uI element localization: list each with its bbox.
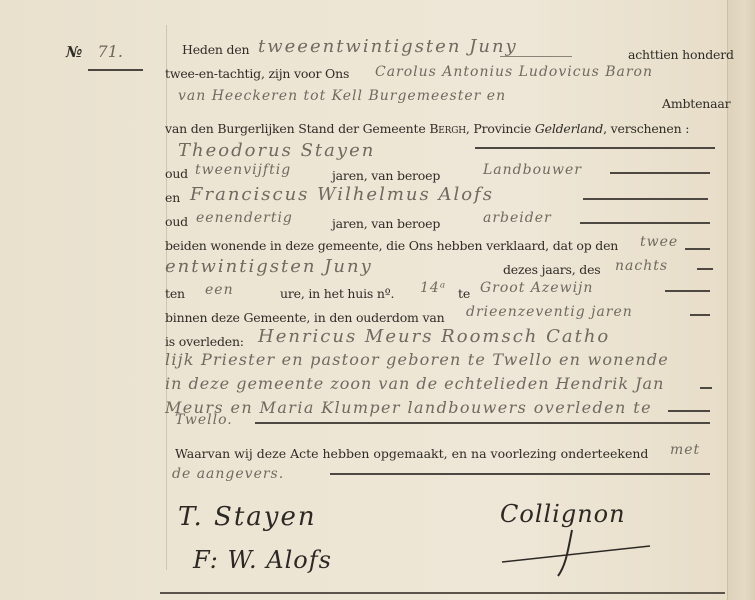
handwritten-date: tweeentwintigsten Juny	[258, 36, 518, 57]
number-underline	[88, 69, 143, 71]
handwritten-official-name: Carolus Antonius Ludovicus Baron	[375, 64, 653, 80]
fill-line	[500, 56, 572, 57]
handwritten-hour: een	[205, 282, 234, 298]
handwritten-date-day: twee	[640, 234, 678, 250]
fill-line	[665, 290, 710, 292]
handwritten-occupation1: Landbouwer	[483, 162, 582, 178]
printed-jaren-beroep: jaren, van beroep	[332, 168, 440, 183]
fill-line	[685, 248, 710, 250]
handwritten-declarant1: Theodorus Stayen	[178, 140, 375, 161]
printed-te: te	[458, 286, 470, 301]
handwritten-time-of-day: nachts	[615, 258, 668, 274]
fill-line	[580, 222, 710, 224]
fill-line	[255, 422, 710, 424]
signature-declarant2: F: W. Alofs	[193, 546, 332, 574]
printed-civil-registry: van den Burgerlijken Stand der Gemeente …	[165, 121, 689, 136]
printed-oud: oud	[165, 214, 188, 229]
handwritten-deceased-details-2: in deze gemeente zoon van de echtelieden…	[165, 374, 664, 393]
record-number: № 71.	[66, 42, 123, 61]
printed-ouderdom: binnen deze Gemeente, in den ouderdom va…	[165, 310, 444, 325]
handwritten-aangevers: de aangevers.	[172, 466, 284, 482]
printed-is-overleden: is overleden:	[165, 334, 244, 349]
printed-oud: oud	[165, 166, 188, 181]
printed-year-suffix: twee-en-tachtig, zijn voor Ons	[165, 66, 349, 81]
handwritten-deceased-details-4: Twello.	[175, 412, 233, 428]
handwritten-deceased-details-1: lijk Priester en pastoor geboren te Twel…	[165, 350, 669, 369]
printed-heden-den: Heden den	[182, 42, 249, 57]
handwritten-occupation2: arbeider	[483, 210, 552, 226]
signature-declarant1: T. Stayen	[178, 502, 317, 532]
fill-line	[330, 473, 710, 475]
printed-ten: ten	[165, 286, 185, 301]
fill-line	[697, 268, 713, 270]
printed-declaration: beiden wonende in deze gemeente, die Ons…	[165, 238, 618, 253]
bottom-rule	[160, 592, 725, 594]
handwritten-declarant2: Franciscus Wilhelmus Alofs	[190, 184, 494, 205]
handwritten-house-number: 14ᵃ	[420, 280, 446, 296]
printed-ambtenaar: Ambtenaar	[662, 96, 730, 111]
printed-ure-huis: ure, in het huis nº.	[280, 286, 394, 301]
handwritten-official-title: van Heeckeren tot Kell Burgemeester en	[178, 88, 506, 104]
handwritten-place: Groot Azewijn	[480, 280, 593, 296]
handwritten-deceased-name: Henricus Meurs Roomsch Catho	[258, 326, 610, 347]
printed-dezes-jaars: dezes jaars, des	[503, 262, 601, 277]
adjacent-page-edge	[727, 0, 755, 600]
province: Gelderland	[535, 121, 603, 136]
handwritten-date-month: entwintigsten Juny	[165, 256, 373, 277]
fill-line	[475, 147, 715, 149]
printed-year-prefix: achttien honderd	[628, 47, 734, 62]
fill-line	[700, 387, 712, 389]
fill-line	[668, 410, 710, 412]
fill-line	[690, 314, 710, 316]
printed-en: en	[165, 190, 180, 205]
municipality: Bergh	[429, 121, 466, 136]
record-number-value: 71.	[98, 42, 123, 61]
fill-line	[610, 172, 710, 174]
fill-line	[583, 198, 708, 200]
signature-flourish	[500, 520, 670, 580]
handwritten-deceased-details-3: Meurs en Maria Klumper landbouwers overl…	[165, 398, 652, 417]
printed-closing-statement: Waarvan wij deze Acte hebben opgemaakt, …	[175, 446, 648, 461]
handwritten-age2: eenendertig	[196, 210, 293, 226]
printed-jaren-beroep: jaren, van beroep	[332, 216, 440, 231]
handwritten-deceased-age: drieenzeventig jaren	[466, 304, 633, 320]
document-page: № 71. Heden den tweeentwintigsten Juny a…	[0, 0, 755, 600]
number-sign: №	[66, 43, 82, 61]
handwritten-met: met	[670, 442, 700, 458]
handwritten-age1: tweenvijftig	[195, 162, 291, 178]
